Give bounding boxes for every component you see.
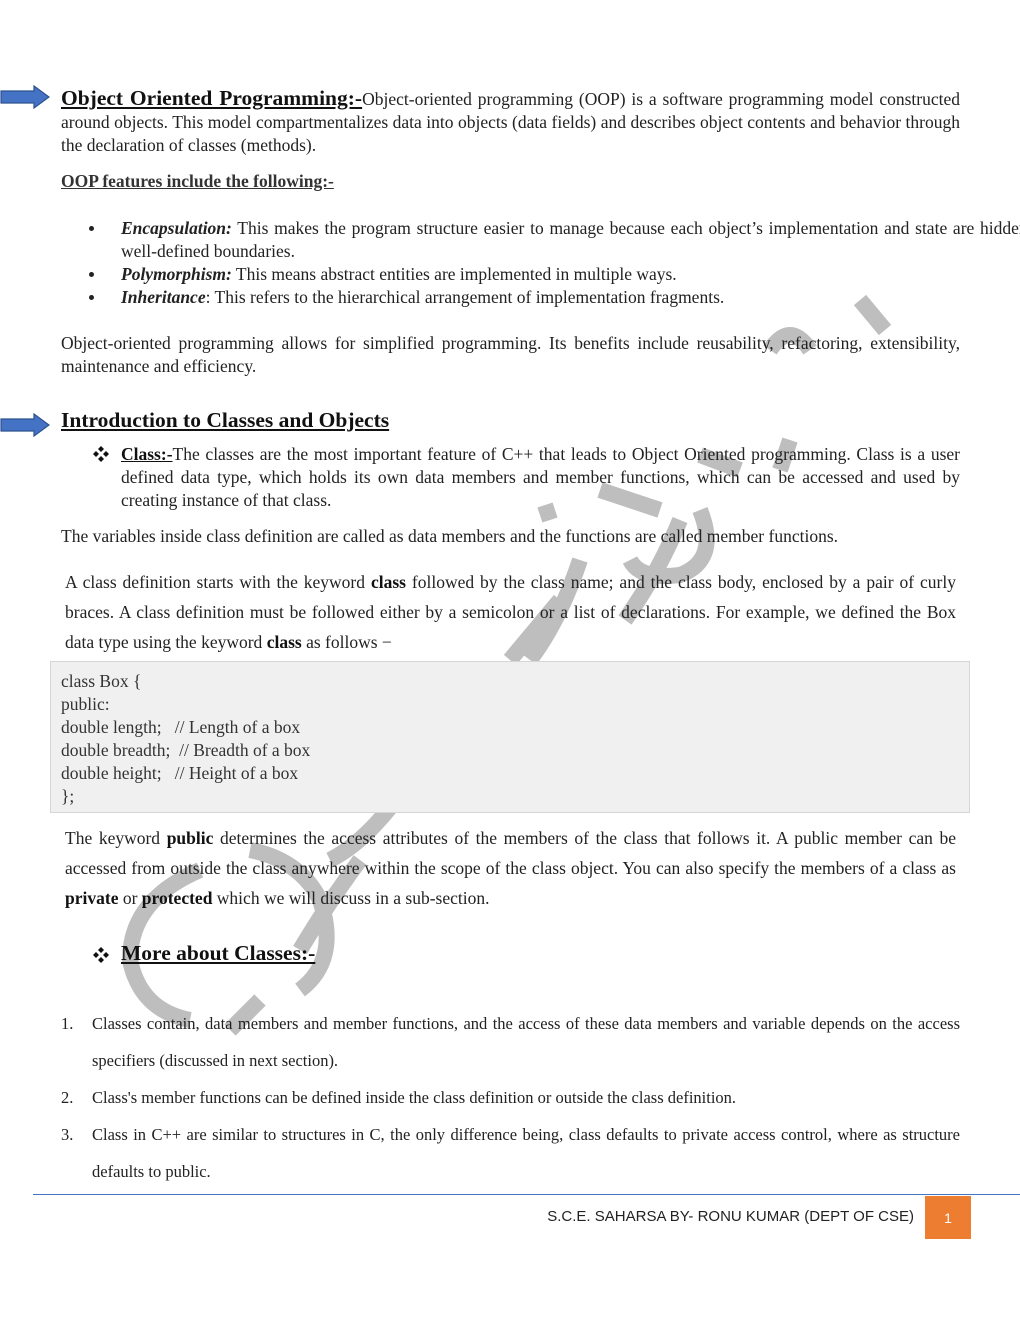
- list-item: 3.Class in C++ are similar to structures…: [61, 1116, 960, 1190]
- features-heading: OOP features include the following:-: [61, 171, 334, 192]
- class-text: The classes are the most important featu…: [121, 444, 960, 510]
- more-about-heading: More about Classes:-: [92, 941, 315, 966]
- bullet-icon: [89, 272, 94, 277]
- oop-heading: Object Oriented Programming:-: [61, 86, 362, 110]
- class-definition-para: A class definition starts with the keywo…: [65, 567, 956, 657]
- feature-inheritance: Inheritance: This refers to the hierarch…: [0, 286, 1020, 309]
- feature-encapsulation: Encapsulation: This makes the program st…: [0, 217, 1020, 263]
- list-item: 2.Class's member functions can be define…: [61, 1079, 960, 1116]
- bullet-icon: [89, 226, 94, 231]
- oop-summary: Object-oriented programming allows for s…: [61, 332, 960, 378]
- footer-rule: [33, 1194, 1020, 1195]
- diamond-bullet-icon: [92, 445, 110, 463]
- more-about-classes: More about Classes:-: [92, 941, 315, 966]
- right-arrow-icon: [0, 413, 50, 437]
- variables-note: The variables inside class definition ar…: [61, 525, 960, 548]
- list-item: 1.Classes contain, data members and memb…: [61, 1005, 960, 1079]
- features-list: Encapsulation: This makes the program st…: [61, 217, 960, 309]
- footer-text: S.C.E. SAHARSA BY- RONU KUMAR (DEPT OF C…: [547, 1208, 914, 1225]
- bullet-icon: [89, 295, 94, 300]
- code-line: public:: [61, 693, 959, 716]
- feature-polymorphism: Polymorphism: This means abstract entiti…: [0, 263, 1020, 286]
- more-about-list: 1.Classes contain, data members and memb…: [61, 1005, 960, 1190]
- diamond-bullet-icon: [92, 946, 110, 964]
- code-line: double breadth; // Breadth of a box: [61, 739, 959, 762]
- right-arrow-icon: [0, 85, 50, 109]
- classes-heading: Introduction to Classes and Objects: [61, 408, 389, 433]
- code-line: };: [61, 785, 959, 808]
- code-line: double length; // Length of a box: [61, 716, 959, 739]
- code-line: double height; // Height of a box: [61, 762, 959, 785]
- oop-intro: Object Oriented Programming:-Object-orie…: [61, 87, 960, 157]
- class-label: Class:-: [121, 444, 173, 464]
- class-definition-item: Class:-The classes are the most importan…: [92, 443, 960, 512]
- page-number-badge: 1: [925, 1196, 971, 1239]
- public-keyword-para: The keyword public determines the access…: [65, 823, 956, 913]
- code-block: class Box {public:double length; // Leng…: [50, 661, 970, 813]
- code-line: class Box {: [61, 670, 959, 693]
